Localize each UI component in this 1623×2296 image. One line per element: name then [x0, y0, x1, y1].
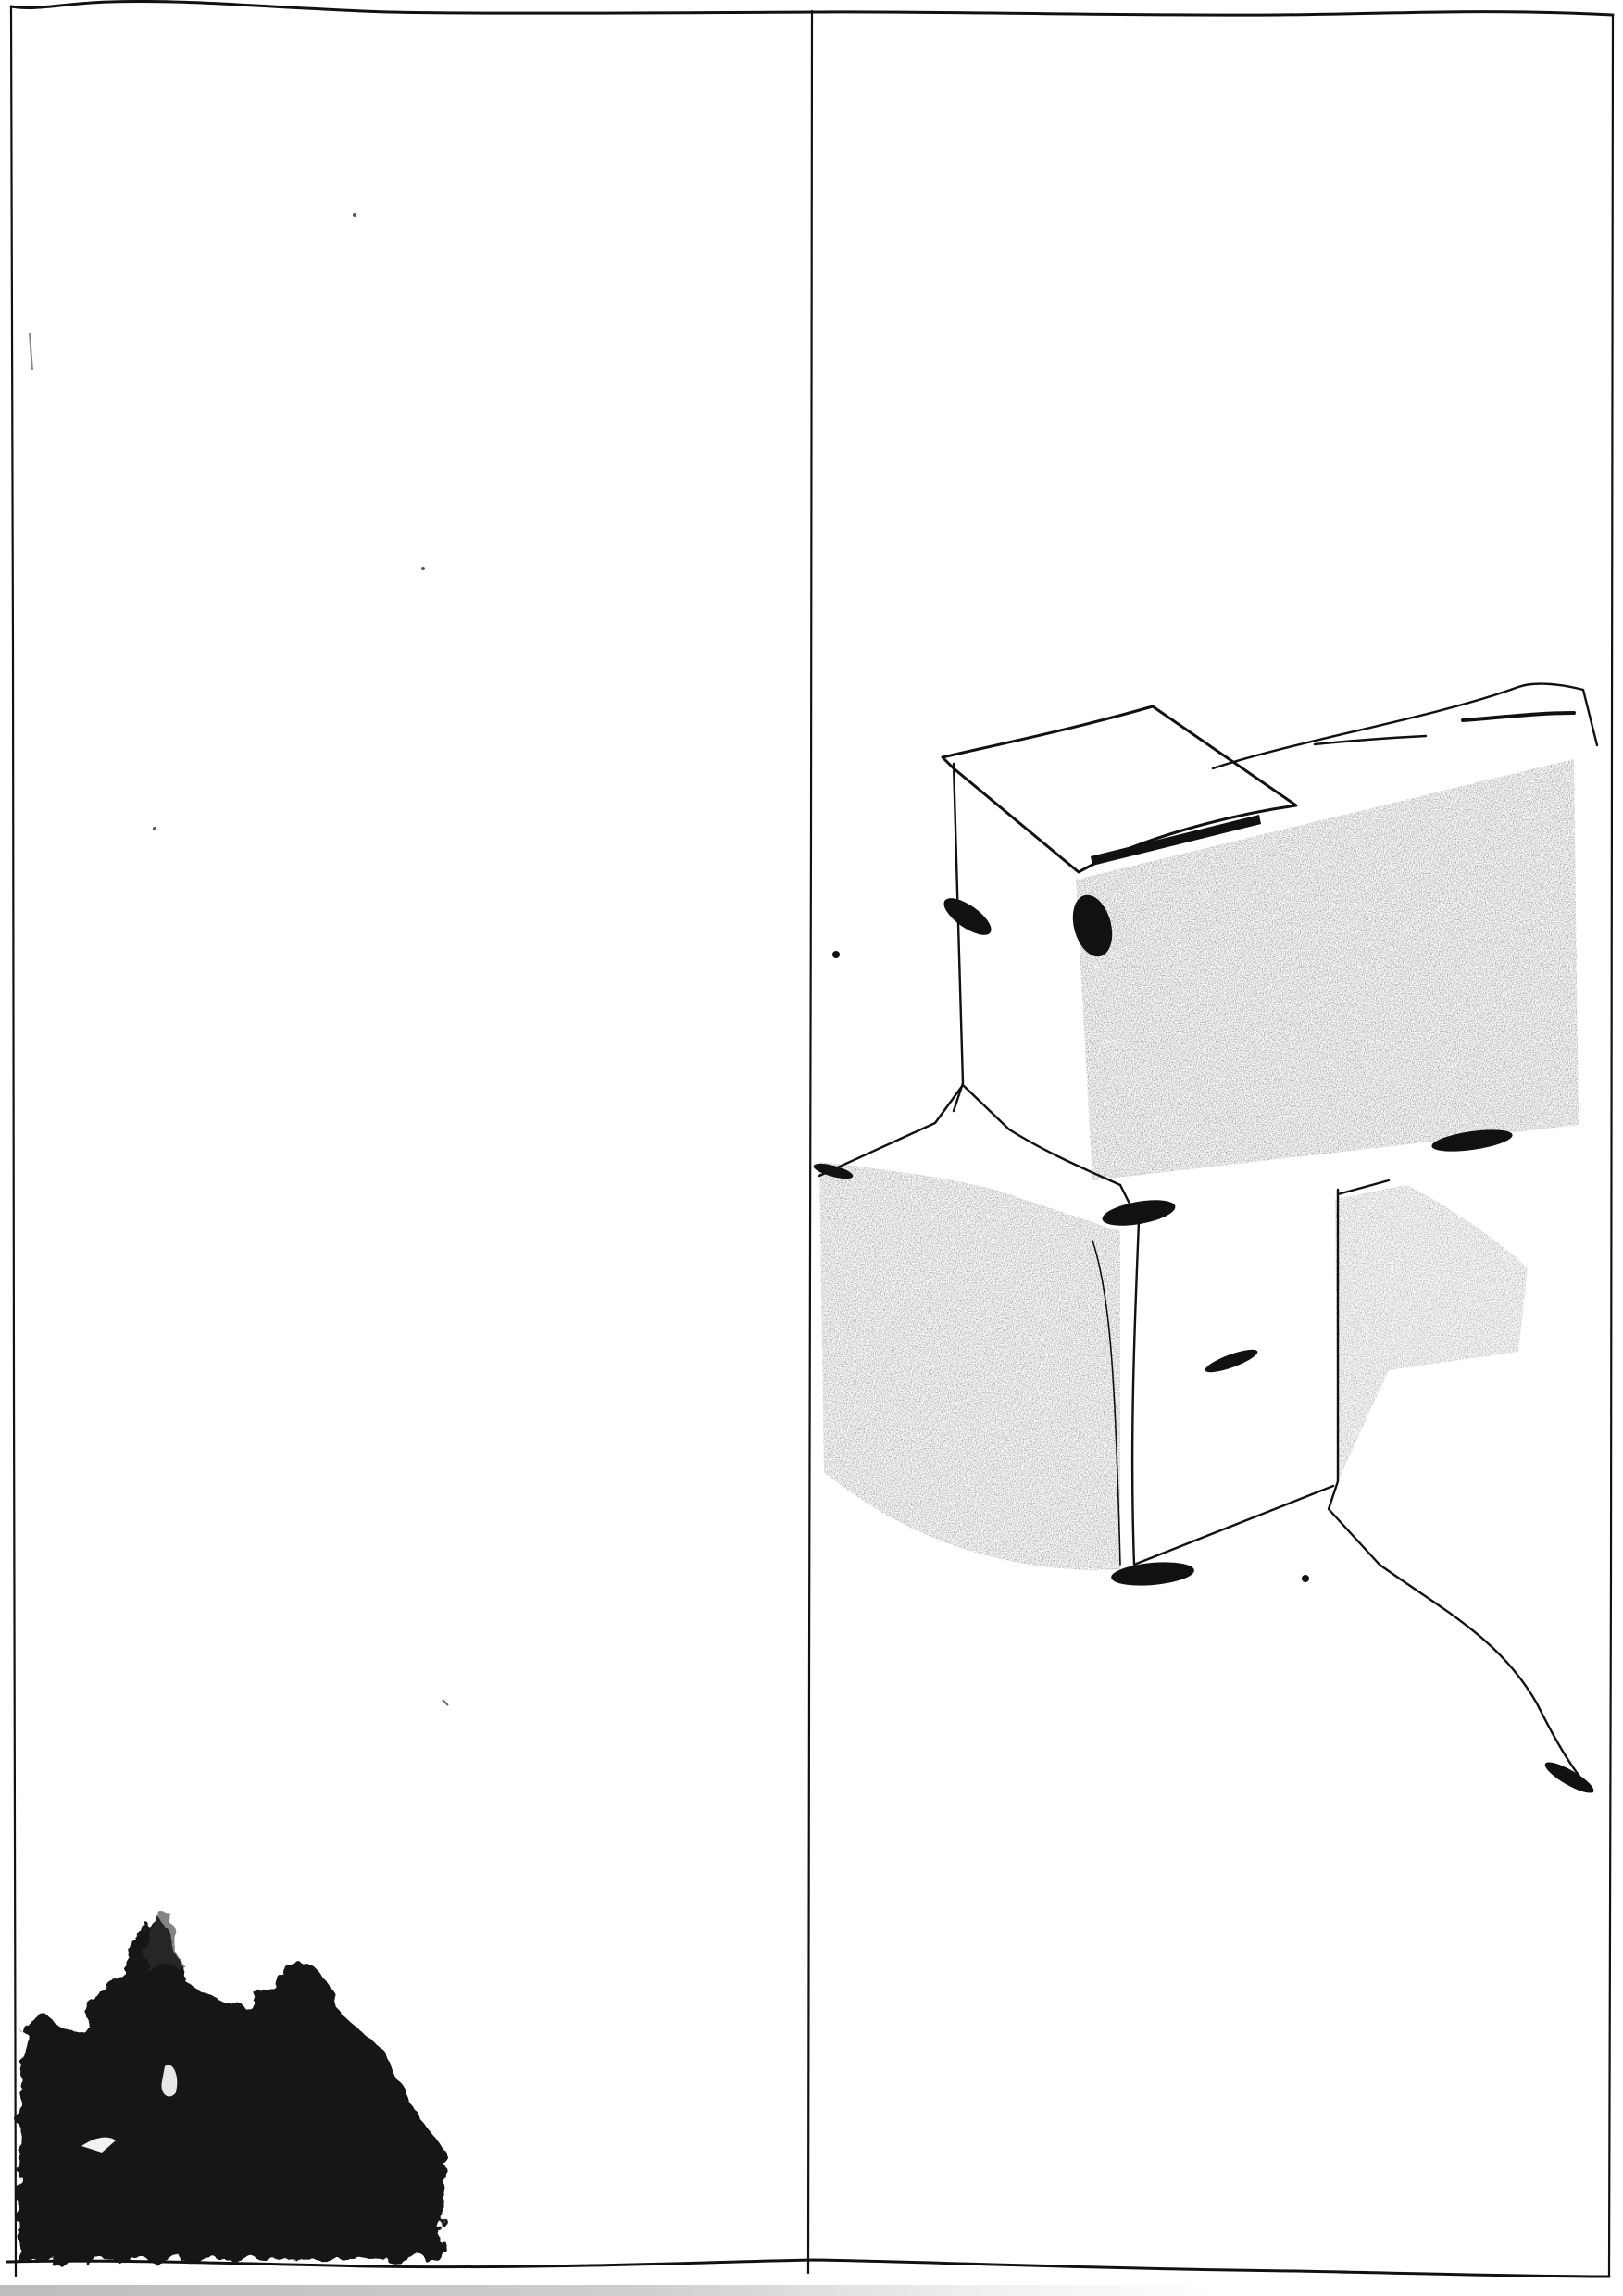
scanner-edge: [0, 2285, 1623, 2296]
stray-marks: [30, 213, 448, 1705]
ink-blot: [18, 1912, 445, 2261]
drawing-canvas: [0, 0, 1623, 2296]
charcoal-shading: [819, 759, 1579, 1570]
